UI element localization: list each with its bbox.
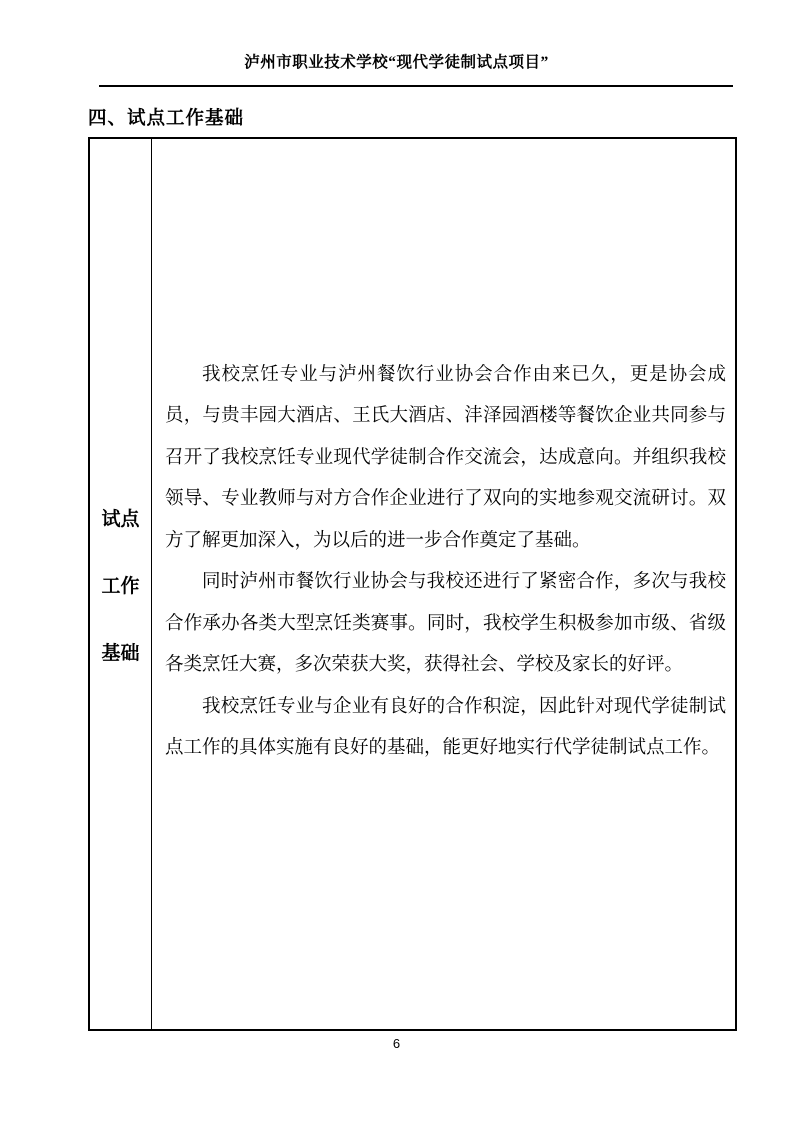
row-label-line-1: 试点 <box>101 504 139 531</box>
row-label-line-2: 工作 <box>101 571 139 598</box>
pilot-work-foundation-table: 试点 工作 基础 我校烹饪专业与泸州餐饮行业协会合作由来已久，更是协会成员，与贵… <box>88 137 737 1031</box>
page-number: 6 <box>0 1036 793 1051</box>
table-content-text-block: 我校烹饪专业与泸州餐饮行业协会合作由来已久，更是协会成员，与贵丰园大酒店、王氏大… <box>165 355 726 770</box>
content-paragraph-2: 同时泸州市餐饮行业协会与我校还进行了紧密合作，多次与我校合作承办各类大型烹饪类赛… <box>165 562 726 687</box>
document-header-title: 泸州市职业技术学校“现代学徒制试点项目” <box>0 50 793 72</box>
content-paragraph-1: 我校烹饪专业与泸州餐饮行业协会合作由来已久，更是协会成员，与贵丰园大酒店、王氏大… <box>165 355 726 563</box>
content-paragraph-3: 我校烹饪专业与企业有良好的合作积淀，因此针对现代学徒制试点工作的具体实施有良好的… <box>165 687 726 770</box>
table-row-label-cell: 试点 工作 基础 <box>90 139 152 1029</box>
document-page: 泸州市职业技术学校“现代学徒制试点项目” 四、试点工作基础 试点 工作 基础 我… <box>0 0 793 1122</box>
row-label-line-3: 基础 <box>101 638 139 665</box>
header-divider-line <box>99 85 733 87</box>
section-heading: 四、试点工作基础 <box>88 104 244 130</box>
table-content-cell: 我校烹饪专业与泸州餐饮行业协会合作由来已久，更是协会成员，与贵丰园大酒店、王氏大… <box>152 139 735 1029</box>
